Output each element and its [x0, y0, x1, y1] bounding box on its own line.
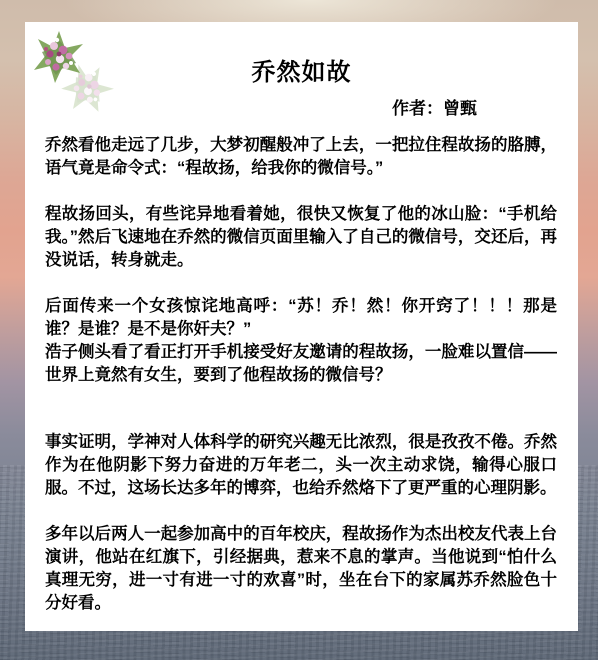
story-text: 乔然看他走远了几步，大梦初醒般冲了上去，一把拉住程故扬的胳膊，语气竟是命令式：“… — [25, 134, 578, 615]
story-paragraph-5: 多年以后两人一起参加高中的百年校庆，程故扬作为杰出校友代表上台演讲，他站在红旗下… — [45, 523, 557, 615]
story-paragraph-2: 程故扬回头，有些诧异地看着她，很快又恢复了他的冰山脸：“手机给我。”然后飞速地在… — [45, 203, 557, 272]
document-panel: 乔然如故 作者：曾甄 乔然看他走远了几步，大梦初醒般冲了上去，一把拉住程故扬的胳… — [25, 22, 578, 631]
photo-background: 乔然如故 作者：曾甄 乔然看他走远了几步，大梦初醒般冲了上去，一把拉住程故扬的胳… — [0, 0, 598, 660]
story-paragraph-3: 后面传来一个女孩惊诧地高呼：“苏！乔！然！你开窍了！！！那是谁？是谁？是不是你奸… — [45, 295, 557, 387]
author-line: 作者：曾甄 — [392, 94, 578, 119]
story-paragraph-4: 事实证明，学神对人体科学的研究兴趣无比浓烈，很是孜孜不倦。乔然作为在他阴影下努力… — [45, 431, 557, 500]
story-paragraph-1: 乔然看他走远了几步，大梦初醒般冲了上去，一把拉住程故扬的胳膊，语气竟是命令式：“… — [45, 134, 557, 180]
flower-decoration-icon — [28, 25, 120, 123]
